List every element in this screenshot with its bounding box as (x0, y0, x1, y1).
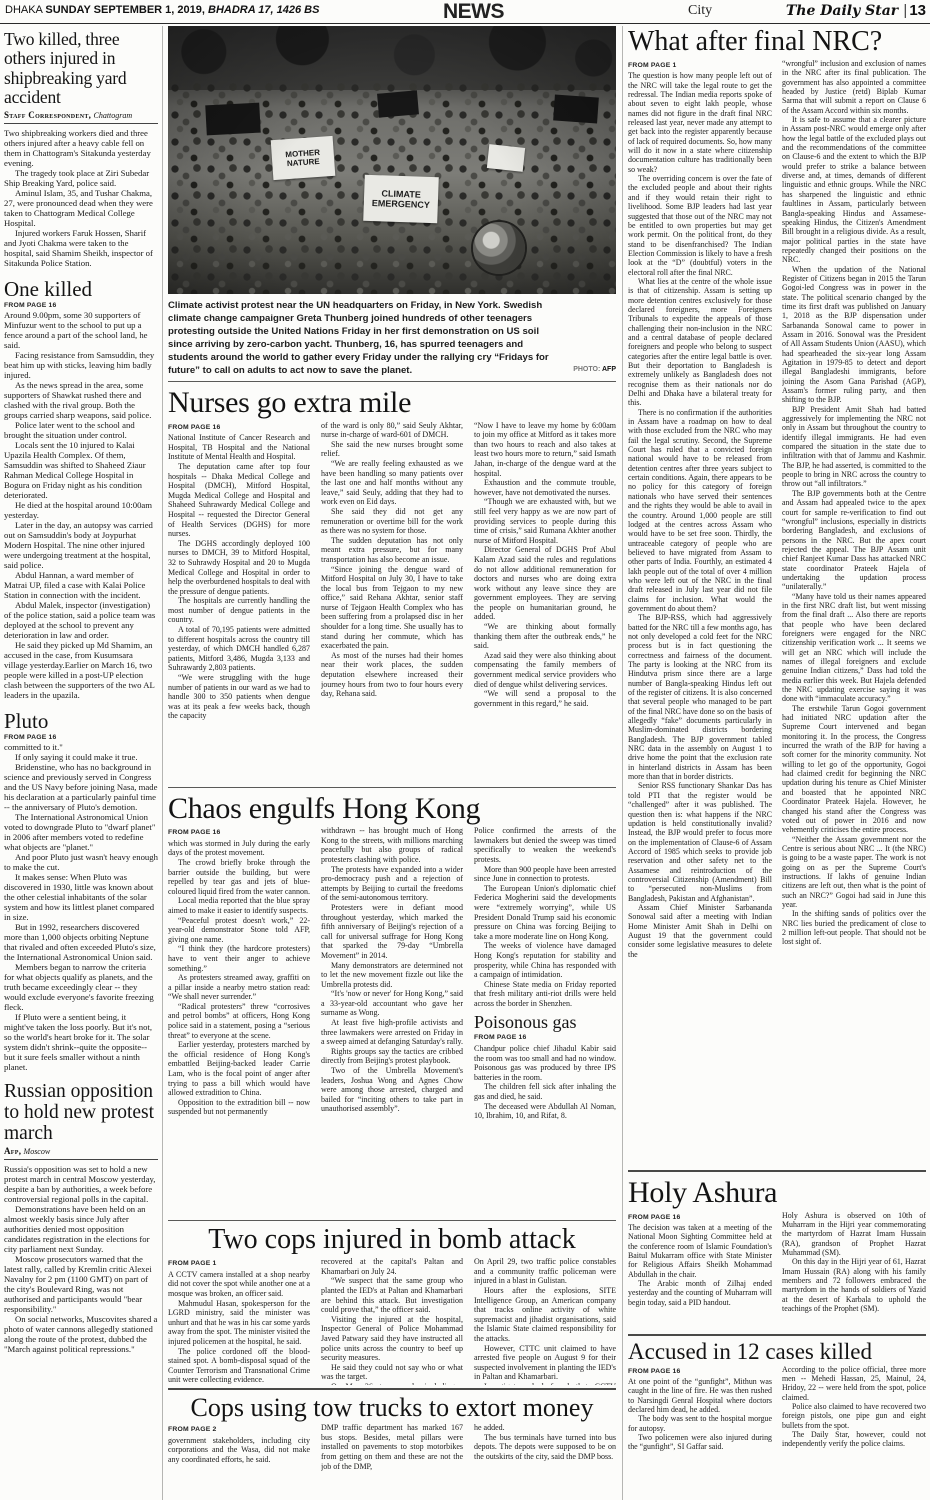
byline-rule (4, 123, 158, 124)
paragraph: At one point of the “gunfight”, Mithun w… (628, 1377, 772, 1414)
paragraph: The police cordoned off the blood-staine… (168, 1347, 310, 1385)
paragraph: Holy Ashura is observed on 10th of Muhar… (782, 1211, 926, 1258)
text-column: FROM PAGE 16 At one point of the “gunfig… (628, 1365, 772, 1469)
paragraph: The weeks of violence have damaged Hong … (474, 941, 616, 979)
headline: Poisonous gas (474, 1013, 616, 1031)
paragraph: Abdul Hannan, a ward member of Matrai UP… (4, 570, 158, 600)
paragraph: Azad said they were also thinking about … (474, 651, 616, 689)
paragraph: “We were struggling with the huge number… (168, 673, 310, 721)
text-column: DMP traffic department has marked 167 bu… (321, 1423, 463, 1483)
caption-text: Climate activist protest near the UN hea… (168, 300, 549, 376)
paragraph: of the ward is only 80,” said Seuly Akht… (321, 421, 463, 440)
column-paragraphs: Holy Ashura is observed on 10th of Muhar… (782, 1211, 926, 1314)
paragraph: Many demonstrators are determined not to… (321, 961, 463, 990)
paragraph: If Pluto were a sentient being, it might… (4, 1012, 158, 1072)
paragraph: What lies at the centre of the whole iss… (628, 277, 772, 408)
page-number: 13 (909, 2, 926, 19)
paragraph: Two policemen were also injured during t… (628, 1433, 772, 1452)
paragraph: “We are thinking about formally thanking… (474, 622, 616, 651)
column-paragraphs: withdrawn -- has brought much of Hong Ko… (321, 826, 463, 1114)
paragraph: As most of the nurses had their homes ne… (321, 651, 463, 699)
paragraph: The sudden deputation has not only meant… (321, 536, 463, 565)
paragraph: The BJP-RSS, which had aggressively batt… (628, 613, 772, 781)
paragraph: Moscow prosecutors warned that the lates… (4, 1254, 158, 1314)
article-nurses: Nurses go extra mile FROM PAGE 16 Nation… (168, 388, 616, 783)
paragraph: It makes sense: When Pluto was discovere… (4, 872, 158, 922)
paragraph: As the news spread in the area, some sup… (4, 380, 158, 420)
paragraph: government stakeholders, including city … (168, 1436, 310, 1465)
paragraph: The bus terminals have turned into bus d… (474, 1433, 616, 1462)
article-one-killed: One killed FROM PAGE 16 Around 9.00pm, s… (4, 278, 158, 700)
column-paragraphs: recovered at the capital's Paltan and Kh… (321, 1257, 463, 1385)
paragraph: DMP traffic department has marked 167 bu… (321, 1423, 463, 1471)
text-column: FROM PAGE 2 government stakeholders, inc… (168, 1423, 310, 1483)
column-paragraphs: The question is how many people left out… (628, 71, 772, 959)
photo-vignette (168, 26, 616, 294)
paragraph: A total of 70,195 patients were admitted… (168, 625, 310, 673)
column-paragraphs: which was stormed in July during the ear… (168, 839, 310, 1117)
paragraph: “wrongful” inclusion and exclusion of na… (782, 59, 926, 115)
paragraph: But in 1992, researchers discovered more… (4, 922, 158, 962)
paragraph: On social networks, Muscovites shared a … (4, 1314, 158, 1354)
byline-name: Staff Correspondent, (4, 110, 91, 120)
paragraph: Chandpur police chief Jihadul Kabir said… (474, 1044, 616, 1082)
section-rule (628, 1334, 926, 1336)
paragraph: Director General of DGHS Prof Abul Kalam… (474, 545, 616, 622)
article-body: committed to it."If only saying it could… (4, 742, 158, 1072)
paragraph: Around 9.00pm, some 30 supporters of Min… (4, 310, 158, 350)
headline: Cops using tow trucks to extort money (168, 1395, 616, 1421)
article-columns: FROM PAGE 1 The question is how many peo… (628, 59, 926, 1167)
paragraph: Assam Chief Minister Sarbananda Sonowal … (628, 903, 772, 959)
paragraph: The crowd briefly broke through the barr… (168, 858, 310, 896)
paragraph: Investigators had found that CCTV camera… (474, 1382, 616, 1385)
paragraph: “We will send a proposal to the governme… (474, 689, 616, 708)
paragraph: The DGHS accordingly deployed 100 nurses… (168, 539, 310, 597)
paragraph: Injured workers Faruk Hossen, Sharif and… (4, 228, 158, 268)
article-columns: FROM PAGE 1 A CCTV camera installed at a… (168, 1257, 616, 1385)
article-twocops: Two cops injured in bomb attack FROM PAG… (168, 1226, 616, 1385)
article-body: Russia's opposition was set to hold a ne… (4, 1164, 158, 1354)
article-shipyard: Two killed, three others injured in ship… (4, 30, 158, 268)
column-paragraphs: of the ward is only 80,” said Seuly Akht… (321, 421, 463, 699)
paragraph: At least five high-profile activists and… (321, 1018, 463, 1047)
column-paragraphs: At one point of the “gunfight”, Mithun w… (628, 1377, 772, 1452)
text-column: “Now I have to leave my home by 6:00am t… (474, 421, 616, 783)
paragraph: Later in the day, an autopsy was carried… (4, 520, 158, 570)
paragraph: She said the new nurses brought some rel… (321, 440, 463, 459)
paragraph: The Daily Star, however, could not indep… (782, 1430, 926, 1449)
paragraph: Chinese State media on Friday reported t… (474, 980, 616, 1009)
paragraph: Members began to narrow the criteria for… (4, 962, 158, 1012)
article-body: Around 9.00pm, some 30 supporters of Min… (4, 310, 158, 700)
frompage-tag: FROM PAGE 1 (628, 61, 772, 70)
paragraph: recovered at the capital's Paltan and Kh… (321, 1257, 463, 1276)
text-column: he added.The bus terminals have turned i… (474, 1423, 616, 1483)
paragraph: Abdul Malek, inspector (investigation) o… (4, 600, 158, 640)
section-rule (168, 787, 616, 788)
text-column: of the ward is only 80,” said Seuly Akht… (321, 421, 463, 783)
city-tab: City (688, 3, 712, 19)
section-rule (168, 1220, 616, 1221)
text-column: recovered at the capital's Paltan and Kh… (321, 1257, 463, 1385)
paragraph: Local media reported that the blue spray… (168, 896, 310, 915)
dateline-date: SUNDAY SEPTEMBER 1, 2019, (45, 4, 205, 16)
article-columns: FROM PAGE 16 At one point of the “gunfig… (628, 1365, 926, 1469)
text-column: Police confirmed the arrests of the lawm… (474, 826, 616, 1216)
text-column: FROM PAGE 16 National Institute of Cance… (168, 421, 310, 783)
paragraph: “Peaceful protest doesn't work,” 22-year… (168, 916, 310, 945)
article-pluto: Pluto FROM PAGE 16 committed to it."If o… (4, 710, 158, 1072)
paragraph: Locals sent the 10 injured to Kalai Upaz… (4, 440, 158, 500)
left-column: Two killed, three others injured in ship… (4, 26, 158, 1500)
column-divider (162, 26, 163, 1500)
paragraph: The deputation came after top four hospi… (168, 462, 310, 539)
column-paragraphs: Chandpur police chief Jihadul Kabir said… (474, 1044, 616, 1121)
paragraph: He died at the hospital around 10:00am y… (4, 500, 158, 520)
paragraph: The deceased were Abdullah Al Noman, 10,… (474, 1102, 616, 1121)
headline: Holy Ashura (628, 1178, 926, 1209)
headline: Russian opposition to hold new protest m… (4, 1081, 158, 1144)
frompage-tag: FROM PAGE 16 (4, 302, 158, 309)
paragraph: Two of the Umbrella Movement's leaders, … (321, 1066, 463, 1114)
paragraph: More than 900 people have been arrested … (474, 865, 616, 884)
paragraph: “I think they (the hardcore protesters) … (168, 944, 310, 973)
section-title: NEWS (443, 0, 504, 24)
column-paragraphs: government stakeholders, including city … (168, 1436, 310, 1465)
article-poisonous-gas: Poisonous gas FROM PAGE 16 Chandpur poli… (474, 1013, 616, 1120)
article-columns: FROM PAGE 16 National Institute of Cance… (168, 421, 616, 783)
article-accused: Accused in 12 cases killed FROM PAGE 16 … (628, 1340, 926, 1469)
paragraph: She said they did not get any remunerati… (321, 507, 463, 536)
text-column: FROM PAGE 16 which was stormed in July d… (168, 826, 310, 1216)
dateline-city: DHAKA (5, 4, 42, 16)
newspaper-page: DHAKA SUNDAY SEPTEMBER 1, 2019, BHADRA 1… (0, 0, 930, 1500)
paragraph: Two shipbreaking workers died and three … (4, 128, 158, 168)
paragraph: Protesters were in defiant mood througho… (321, 903, 463, 961)
paragraph: Aminul Islam, 35, and Tushar Chakma, 27,… (4, 188, 158, 228)
paragraph: Police confirmed the arrests of the lawm… (474, 826, 616, 864)
paragraph: Mahmudul Hasan, spokesperson for the LGR… (168, 1299, 310, 1347)
frompage-tag: FROM PAGE 16 (628, 1213, 772, 1222)
paragraph: It is safe to assume that a clearer pict… (782, 115, 926, 265)
paragraph: “Neither the Assam government nor the Ce… (782, 835, 926, 910)
center-column: MOTHER NATURE CLIMATE EMERGENCY Climate … (168, 26, 616, 1500)
frompage-tag: FROM PAGE 16 (474, 1033, 616, 1043)
paragraph: He said they picked up Md Shamim, an acc… (4, 640, 158, 700)
paper-name: The Daily Star (786, 3, 898, 19)
column-paragraphs: DMP traffic department has marked 167 bu… (321, 1423, 463, 1471)
paragraph: National Institute of Cancer Research an… (168, 433, 310, 462)
paragraph: On April 29, two traffic police constabl… (474, 1257, 616, 1286)
text-column: FROM PAGE 16 The decision was taken at a… (628, 1211, 772, 1331)
column-paragraphs: Police confirmed the arrests of the lawm… (474, 826, 616, 1008)
paragraph: Senior RSS functionary Shankar Das has t… (628, 781, 772, 902)
text-column: “wrongful” inclusion and exclusion of na… (782, 59, 926, 1167)
paragraph: “Though we are exhausted with, but we st… (474, 497, 616, 545)
byline-name: Afp, (4, 1146, 21, 1156)
paragraph: The erstwhile Tarun Gogoi government had… (782, 704, 926, 835)
text-column: FROM PAGE 1 A CCTV camera installed at a… (168, 1257, 310, 1385)
column-paragraphs: On April 29, two traffic police constabl… (474, 1257, 616, 1385)
paragraph: Demonstrations have been held on an almo… (4, 1204, 158, 1254)
text-column: FROM PAGE 1 The question is how many peo… (628, 59, 772, 1167)
paragraph: The overriding concern is over the fate … (628, 174, 772, 277)
article-russian-protest: Russian opposition to hold new protest m… (4, 1081, 158, 1354)
paragraph: “It's 'now or never' for Hong Kong,” sai… (321, 989, 463, 1018)
headline: Pluto (4, 710, 158, 732)
paragraph: Hours after the explosions, SITE Intelli… (474, 1286, 616, 1344)
paragraph: Police later went to the school and brou… (4, 420, 158, 440)
headline: Two cops injured in bomb attack (168, 1226, 616, 1254)
paragraph: Police also claimed to have recovered tw… (782, 1402, 926, 1430)
credit-agency: AFP (602, 366, 616, 373)
paragraph: And poor Pluto just wasn't heavy enough … (4, 852, 158, 872)
headline: Accused in 12 cases killed (628, 1340, 926, 1363)
paragraph: A CCTV camera installed at a shop nearby… (168, 1270, 310, 1299)
paragraph: BJP President Amit Shah had batted aggre… (782, 405, 926, 489)
article-columns: FROM PAGE 2 government stakeholders, inc… (168, 1423, 616, 1483)
column-paragraphs: he added.The bus terminals have turned i… (474, 1423, 616, 1461)
paragraph: The children fell sick after inhaling th… (474, 1082, 616, 1101)
dateline: DHAKA SUNDAY SEPTEMBER 1, 2019, BHADRA 1… (5, 4, 319, 16)
paragraph: “Many have told us their names appeared … (782, 592, 926, 704)
column-divider (622, 26, 623, 1500)
paragraph: “We are really feeling exhausted as we h… (321, 459, 463, 507)
paragraph: withdrawn -- has brought much of Hong Ko… (321, 826, 463, 864)
paragraph: There is no confirmation if the authorit… (628, 408, 772, 614)
headline: What after final NRC? (628, 28, 926, 56)
section-rule (628, 1170, 926, 1172)
masthead: DHAKA SUNDAY SEPTEMBER 1, 2019, BHADRA 1… (0, 0, 930, 24)
text-column: On April 29, two traffic police constabl… (474, 1257, 616, 1385)
right-column: What after final NRC? FROM PAGE 1 The qu… (628, 26, 926, 1500)
paragraph: The protests have expanded into a wider … (321, 865, 463, 903)
paragraph: The question is how many people left out… (628, 71, 772, 174)
paragraph: The decision was taken at a meeting of t… (628, 1223, 772, 1279)
headline: Nurses go extra mile (168, 388, 616, 419)
paragraph: According to the police official, three … (782, 1365, 926, 1402)
paragraph: “Since joining the dengue ward of Mitfor… (321, 565, 463, 651)
paragraph: Rights groups say the tactics are cribbe… (321, 1047, 463, 1066)
paragraph: Earlier yesterday, protesters marched by… (168, 1040, 310, 1098)
paragraph: Facing resistance from Samsuddin, they b… (4, 350, 158, 380)
frompage-tag: FROM PAGE 16 (628, 1367, 772, 1376)
paragraph: The hospitals are currently handling the… (168, 596, 310, 625)
article-columns: FROM PAGE 16 which was stormed in July d… (168, 826, 616, 1216)
paragraph: On May 26, two people, including a femal… (321, 1382, 463, 1385)
photo-caption: Climate activist protest near the UN hea… (168, 299, 616, 377)
article-ashura: Holy Ashura FROM PAGE 16 The decision wa… (628, 1178, 926, 1331)
headline: Two killed, three others injured in ship… (4, 30, 158, 107)
paragraph: He said they could not say who or what w… (321, 1363, 463, 1382)
paragraph: Russia's opposition was set to hold a ne… (4, 1164, 158, 1204)
frompage-tag: FROM PAGE 16 (4, 734, 158, 741)
masthead-right: The Daily Star |13 (786, 2, 926, 19)
paragraph: committed to it." (4, 742, 158, 752)
article-body: Two shipbreaking workers died and three … (4, 128, 158, 268)
paragraph: However, CTTC unit claimed to have arres… (474, 1344, 616, 1382)
paragraph: Visiting the injured at the hospital, In… (321, 1315, 463, 1363)
paragraph: On this day in the Hijri year of 61, Haz… (782, 1257, 926, 1313)
paragraph: Exhaustion and the commute trouble, howe… (474, 478, 616, 497)
paragraph: The European Union's diplomatic chief Fe… (474, 884, 616, 942)
text-column: withdrawn -- has brought much of Hong Ko… (321, 826, 463, 1216)
article-nrc: What after final NRC? FROM PAGE 1 The qu… (628, 28, 926, 1167)
article-towtrucks: Cops using tow trucks to extort money FR… (168, 1395, 616, 1483)
headline: One killed (4, 278, 158, 300)
headline: Chaos engulfs Hong Kong (168, 794, 616, 825)
paragraph: he added. (474, 1423, 616, 1433)
frompage-tag: FROM PAGE 16 (168, 828, 310, 838)
section-rule (168, 1388, 616, 1390)
paragraph: “Now I have to leave my home by 6:00am t… (474, 421, 616, 479)
byline: Afp, Moscow (4, 1146, 158, 1156)
frompage-tag: FROM PAGE 16 (168, 423, 310, 433)
byline-rule (4, 1159, 158, 1160)
column-paragraphs: “wrongful” inclusion and exclusion of na… (782, 59, 926, 947)
paragraph: The Arabic month of Zilhaj ended yesterd… (628, 1279, 772, 1307)
credit-label: PHOTO: (573, 366, 600, 373)
paragraph: which was stormed in July during the ear… (168, 839, 310, 858)
paragraph: The tragedy took place at Ziri Subedar S… (4, 168, 158, 188)
column-paragraphs: According to the police official, three … (782, 1365, 926, 1449)
column-paragraphs: The decision was taken at a meeting of t… (628, 1223, 772, 1307)
byline-place: Chattogram (93, 111, 132, 120)
frompage-tag: FROM PAGE 2 (168, 1425, 310, 1435)
article-hongkong: Chaos engulfs Hong Kong FROM PAGE 16 whi… (168, 794, 616, 1217)
byline: Staff Correspondent, Chattogram (4, 110, 158, 120)
article-columns: FROM PAGE 16 The decision was taken at a… (628, 1211, 926, 1331)
paragraph: “Radical protesters” threw “corrosives a… (168, 1002, 310, 1040)
dateline-alt-date: BHADRA 17, 1426 BS (208, 4, 319, 16)
paragraph: If only saying it could make it true. (4, 752, 158, 762)
section-rule (168, 381, 616, 382)
byline-place: Moscow (24, 1147, 51, 1156)
text-column: According to the police official, three … (782, 1365, 926, 1469)
paragraph: In the shifting sands of politics over t… (782, 909, 926, 946)
column-paragraphs: National Institute of Cancer Research an… (168, 433, 310, 721)
paragraph: When the updation of the National Regist… (782, 265, 926, 405)
paragraph: Bridenstine, who has no background in sc… (4, 762, 158, 812)
paragraph: “We suspect that the same group who plan… (321, 1276, 463, 1314)
paragraph: Opposition to the extradition bill -- no… (168, 1098, 310, 1117)
protest-photo: MOTHER NATURE CLIMATE EMERGENCY (168, 26, 616, 294)
paragraph: The BJP governments both at the Centre a… (782, 489, 926, 592)
column-paragraphs: “Now I have to leave my home by 6:00am t… (474, 421, 616, 709)
paragraph: The International Astronomical Union vot… (4, 812, 158, 852)
paragraph: As protesters streamed away, graffiti on… (168, 973, 310, 1002)
column-paragraphs: A CCTV camera installed at a shop nearby… (168, 1270, 310, 1385)
frompage-tag: FROM PAGE 1 (168, 1259, 310, 1269)
text-column: Holy Ashura is observed on 10th of Muhar… (782, 1211, 926, 1331)
photo-credit: PHOTO: AFP (573, 363, 616, 376)
paragraph: The body was sent to the hospital morgue… (628, 1414, 772, 1433)
